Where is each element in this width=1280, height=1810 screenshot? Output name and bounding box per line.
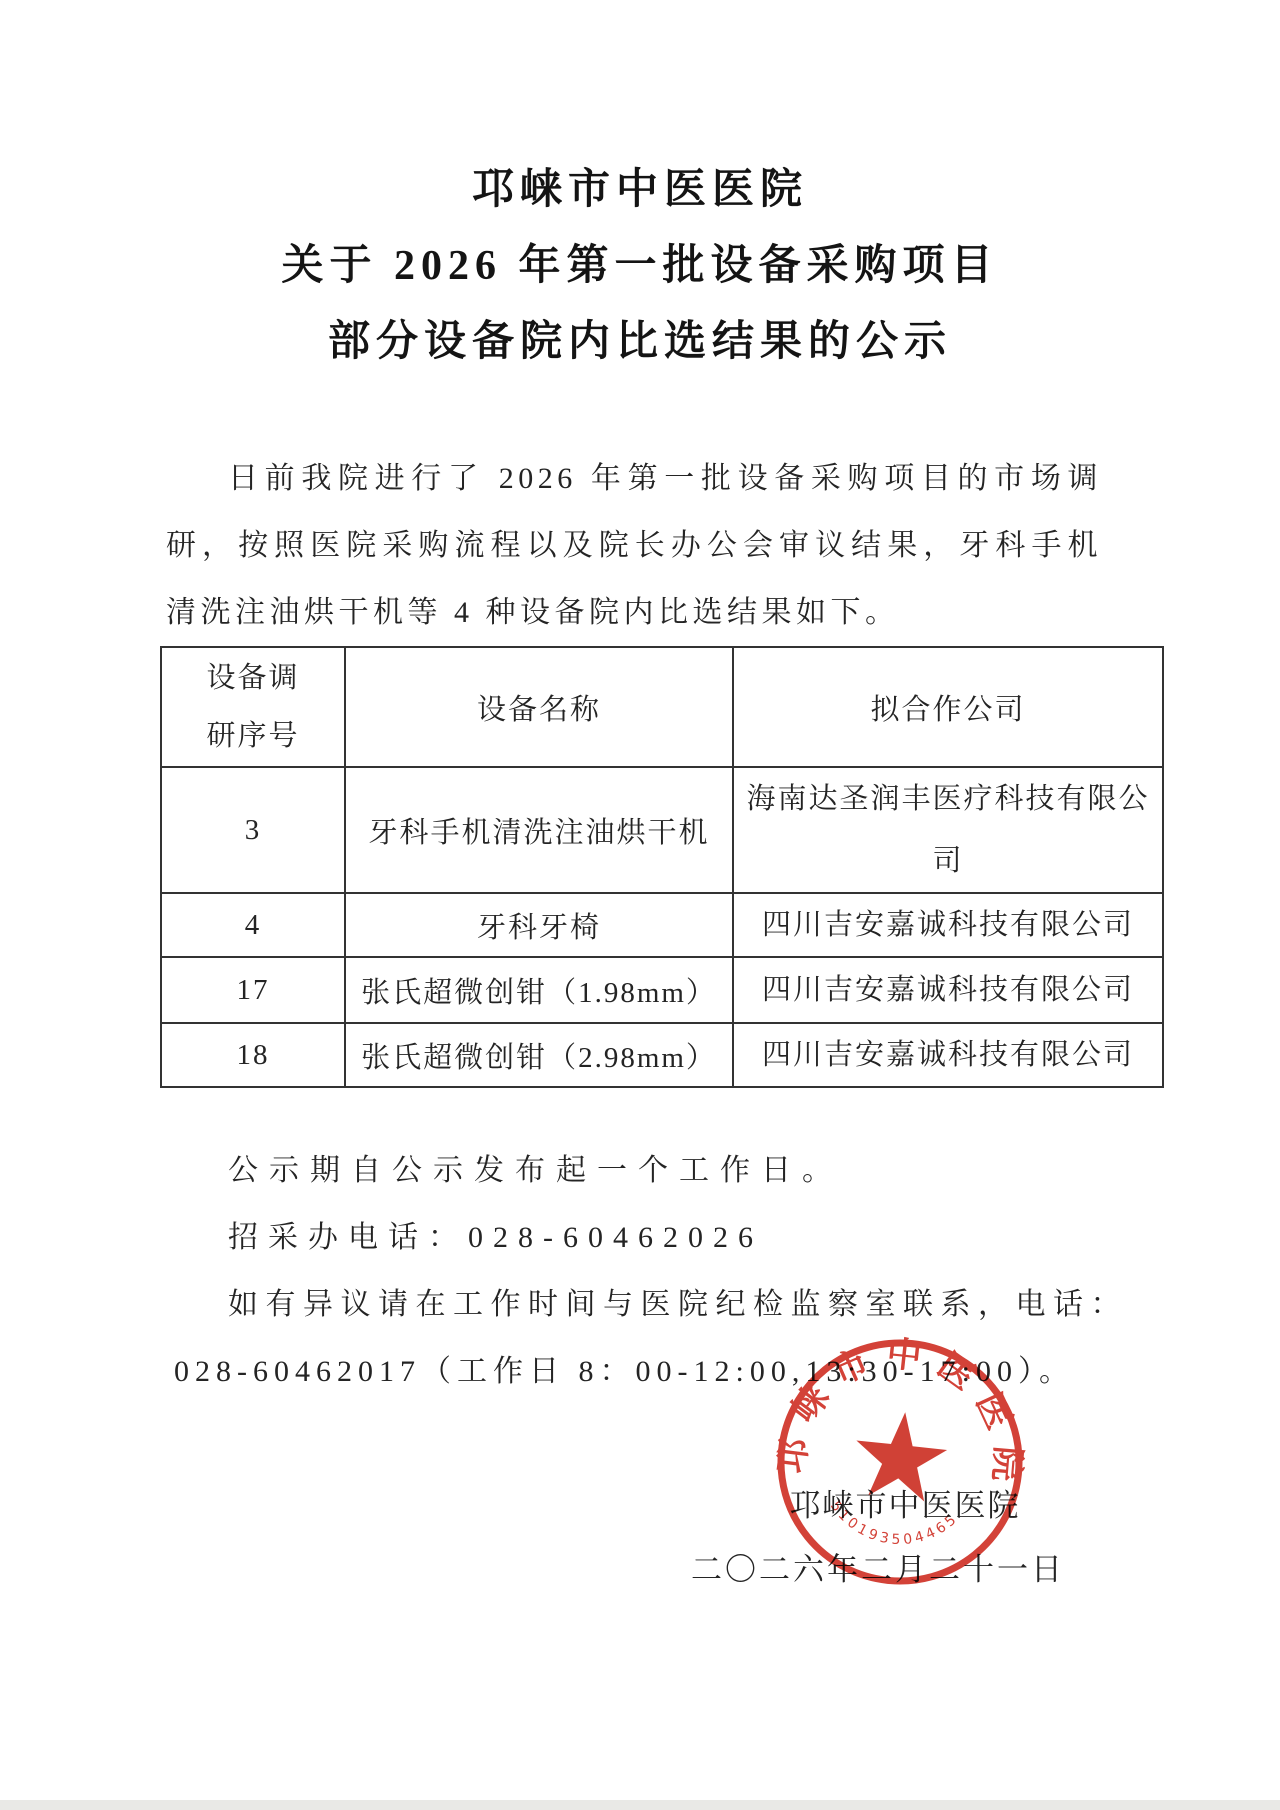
title-line-3: 部分设备院内比选结果的公示 <box>0 304 1280 380</box>
procurement-phone-line: 招采办电话：028-60462026 <box>166 1204 1126 1271</box>
cell-device-name: 张氏超微创钳（1.98mm） <box>345 957 733 1023</box>
intro-line-3: 清洗注油烘干机等 4 种设备院内比选结果如下。 <box>166 579 1102 646</box>
cell-survey-no: 4 <box>161 893 345 957</box>
cell-company: 四川吉安嘉诚科技有限公司 <box>733 957 1163 1023</box>
official-seal: 邛崃市中医医院 510193504465 <box>762 1324 1039 1601</box>
cell-company: 四川吉安嘉诚科技有限公司 <box>733 893 1163 957</box>
table-row: 17 张氏超微创钳（1.98mm） 四川吉安嘉诚科技有限公司 <box>161 957 1163 1023</box>
table-header-row: 设备调研序号 设备名称 拟合作公司 <box>161 647 1163 767</box>
publicity-period-line: 公示期自公示发布起一个工作日。 <box>166 1137 1126 1204</box>
document-title: 邛崃市中医医院 关于 2026 年第一批设备采购项目 部分设备院内比选结果的公示 <box>0 152 1280 380</box>
cell-survey-no: 3 <box>161 767 345 893</box>
cell-device-name: 牙科手机清洗注油烘干机 <box>345 767 733 893</box>
header-device-survey-no: 设备调研序号 <box>161 647 345 767</box>
intro-paragraph: 日前我院进行了 2026 年第一批设备采购项目的市场调 研，按照医院采购流程以及… <box>166 445 1102 646</box>
table-row: 3 牙科手机清洗注油烘干机 海南达圣润丰医疗科技有限公司 <box>161 767 1163 893</box>
table-row: 18 张氏超微创钳（2.98mm） 四川吉安嘉诚科技有限公司 <box>161 1023 1163 1087</box>
cell-device-name: 牙科牙椅 <box>345 893 733 957</box>
cell-device-name: 张氏超微创钳（2.98mm） <box>345 1023 733 1087</box>
cell-company: 四川吉安嘉诚科技有限公司 <box>733 1023 1163 1087</box>
table-row: 4 牙科牙椅 四川吉安嘉诚科技有限公司 <box>161 893 1163 957</box>
cell-survey-no: 18 <box>161 1023 345 1087</box>
header-partner-company: 拟合作公司 <box>733 647 1163 767</box>
seal-star-icon <box>851 1408 951 1504</box>
header-device-name: 设备名称 <box>345 647 733 767</box>
title-line-2: 关于 2026 年第一批设备采购项目 <box>0 228 1280 304</box>
objection-contact-line: 如有异议请在工作时间与医院纪检监察室联系，电话： <box>166 1271 1126 1338</box>
title-line-1: 邛崃市中医医院 <box>0 152 1280 228</box>
intro-line-2: 研，按照医院采购流程以及院长办公会审议结果，牙科手机 <box>166 512 1102 579</box>
selection-results-table: 设备调研序号 设备名称 拟合作公司 3 牙科手机清洗注油烘干机 海南达圣润丰医疗… <box>160 646 1164 1088</box>
announcement-document: 邛崃市中医医院 关于 2026 年第一批设备采购项目 部分设备院内比选结果的公示… <box>0 0 1280 1810</box>
cell-survey-no: 17 <box>161 957 345 1023</box>
scan-edge-artifact <box>0 1800 1280 1810</box>
intro-line-1: 日前我院进行了 2026 年第一批设备采购项目的市场调 <box>166 445 1102 512</box>
cell-company: 海南达圣润丰医疗科技有限公司 <box>733 767 1163 893</box>
seal-serial-arc-text: 510193504465 <box>823 1497 963 1555</box>
